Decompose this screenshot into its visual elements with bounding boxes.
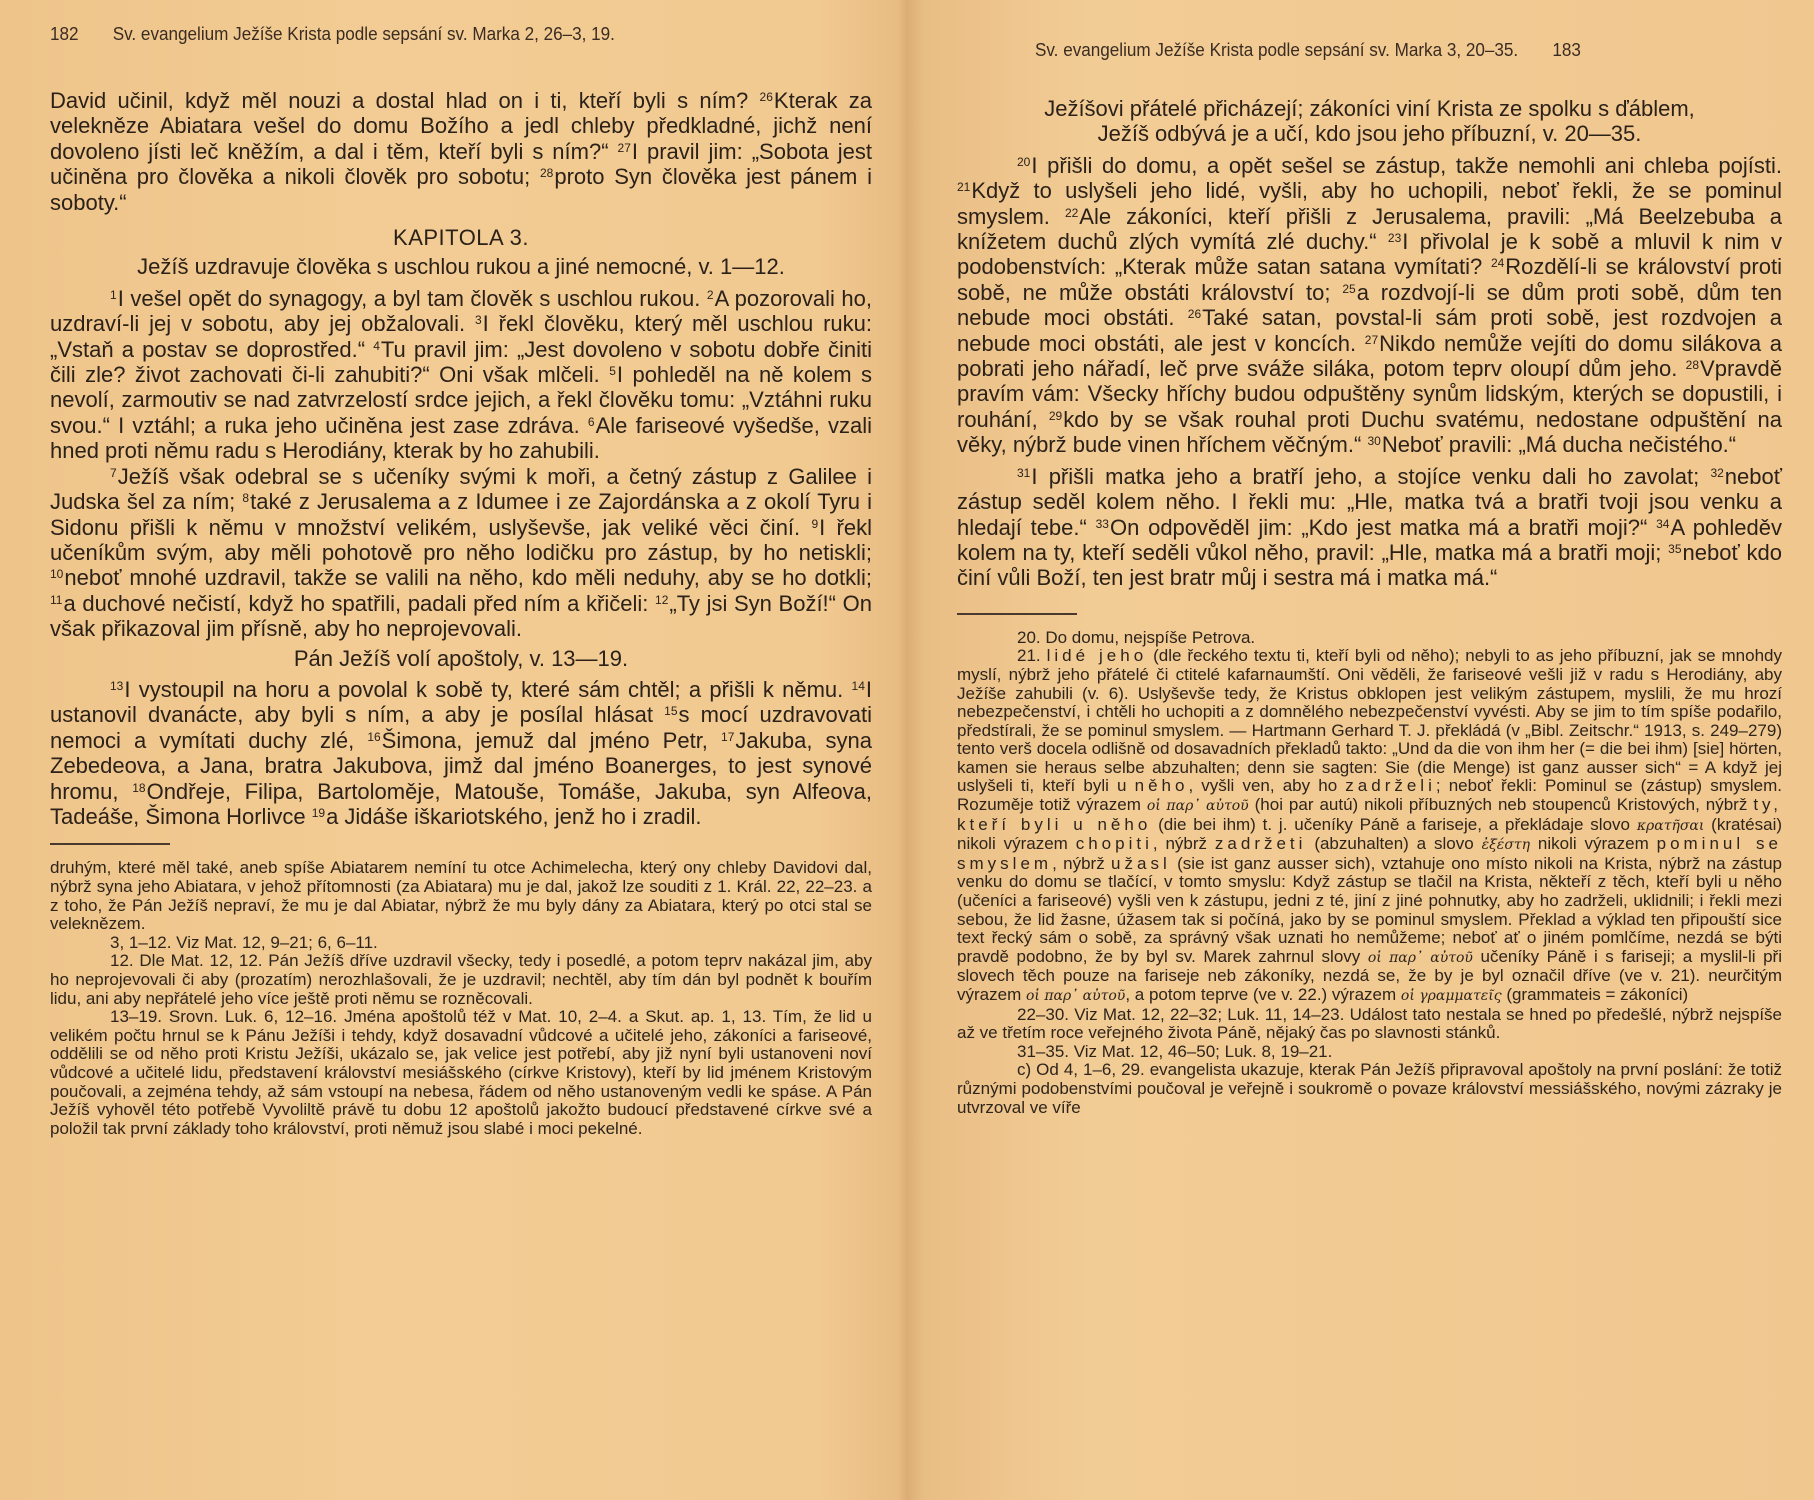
running-head-title: Sv. evangelium Ježíše Krista podle sepsá…	[1035, 40, 1518, 60]
greek-phrase: οἱ παρ᾽ αὐτοῦ	[1147, 798, 1249, 814]
section-title: Pán Ježíš volí apoštoly, v. 13—19.	[50, 646, 872, 671]
paragraph: 7Ježíš však odebral se s učeníky svými k…	[50, 464, 872, 642]
paragraph: 1I vešel opět do synagogy, a byl tam člo…	[50, 286, 872, 464]
book-spread: 182Sv. evangelium Ježíše Krista podle se…	[0, 0, 1814, 1500]
page-number: 183	[1552, 40, 1581, 61]
footnote: 31–35. Viz Mat. 12, 46–50; Luk. 8, 19–21…	[957, 1043, 1782, 1062]
footnote: 21. lidé jeho (dle řeckého textu ti, kte…	[957, 647, 1782, 1005]
left-footnotes: druhým, které měl také, aneb spíše Abiat…	[50, 859, 872, 1138]
left-page: 182Sv. evangelium Ježíše Krista podle se…	[0, 0, 905, 1500]
footnote: c) Od 4, 1–6, 29. evangelista ukazuje, k…	[957, 1061, 1782, 1117]
section-title-line2: Ježíš odbývá je a učí, kdo jsou jeho pří…	[957, 121, 1782, 146]
right-page: Sv. evangelium Ježíše Krista podle sepsá…	[905, 0, 1814, 1500]
greek-phrase: ἐξέστη	[1482, 837, 1530, 853]
paragraph: David učinil, když měl nouzi a dostal hl…	[50, 88, 872, 215]
footnote-divider	[957, 613, 1077, 615]
footnote: 13–19. Srovn. Luk. 6, 12–16. Jména apošt…	[50, 1008, 872, 1138]
greek-phrase: οἱ παρ᾽ αὐτοῦ	[1368, 950, 1473, 966]
section-title: Ježíšovi přátelé přicházejí; zákoníci vi…	[957, 96, 1782, 121]
footnote: 3, 1–12. Viz Mat. 12, 9–21; 6, 6–11.	[50, 934, 872, 953]
verse-number: 26	[760, 90, 773, 104]
footnote: druhým, které měl také, aneb spíše Abiat…	[50, 859, 872, 933]
chapter-title: KAPITOLA 3.	[50, 225, 872, 250]
greek-phrase: κρατῆσαι	[1637, 818, 1705, 834]
greek-phrase: οἱ παρ᾽ αὐτοῦ	[1026, 988, 1125, 1004]
footnote: 12. Dle Mat. 12, 12. Pán Ježíš dříve uzd…	[50, 952, 872, 1008]
greek-phrase: οἱ γραμματεῖς	[1401, 988, 1502, 1004]
section-title: Ježíš uzdravuje člověka s uschlou rukou …	[50, 254, 872, 279]
footnote: 22–30. Viz Mat. 12, 22–32; Luk. 11, 14–2…	[957, 1006, 1782, 1043]
left-running-head: 182Sv. evangelium Ježíše Krista podle se…	[50, 24, 615, 45]
left-main-text: David učinil, když měl nouzi a dostal hl…	[50, 88, 872, 1138]
paragraph: 20I přišli do domu, a opět sešel se zást…	[957, 153, 1782, 458]
footnote: 20. Do domu, nejspíše Petrova.	[957, 629, 1782, 648]
running-head-title: Sv. evangelium Ježíše Krista podle sepsá…	[113, 24, 615, 44]
verse-number: 27	[618, 141, 631, 155]
paragraph: 31I přišli matka jeho a bratří jeho, a s…	[957, 464, 1782, 591]
verse-number: 28	[540, 166, 553, 180]
paragraph: 13I vystoupil na horu a povolal k sobě t…	[50, 677, 872, 829]
page-number: 182	[50, 24, 79, 45]
right-running-head: Sv. evangelium Ježíše Krista podle sepsá…	[1035, 40, 1581, 61]
right-footnotes: 20. Do domu, nejspíše Petrova. 21. lidé …	[957, 629, 1782, 1117]
footnote-divider	[50, 843, 170, 845]
right-main-text: Ježíšovi přátelé přicházejí; zákoníci vi…	[957, 96, 1782, 1117]
